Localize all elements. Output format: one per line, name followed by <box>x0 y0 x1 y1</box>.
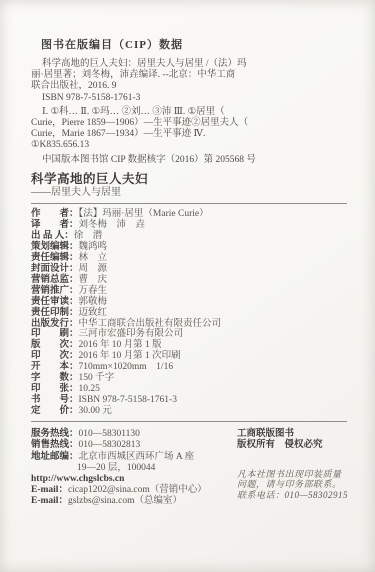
contact-label: 销售热线： <box>31 440 79 450</box>
info-row-word-count: 字 数：150 千字 <box>31 373 347 384</box>
info-row-price: 定 价：30.00 元 <box>31 406 347 417</box>
contact-value: 北京市西城区西环广场 A 座 <box>79 452 195 462</box>
info-label: 出 品 人： <box>31 231 74 241</box>
info-label: 字 数： <box>31 373 79 383</box>
info-value: 三河市宏盛印务有限公司 <box>79 329 184 339</box>
contact-section: 服务热线：010—58301130 销售热线：010—58302813 地址邮编… <box>31 429 347 507</box>
info-label: 书 号： <box>31 395 79 405</box>
contact-label: 服务热线： <box>31 429 79 439</box>
contact-value: 19—20 层，100044 <box>77 463 155 473</box>
info-label: 开 本： <box>31 362 79 372</box>
info-row-producer: 出 品 人：徐 潜 <box>31 231 347 242</box>
info-value: 曹 庆 <box>79 275 108 285</box>
info-label: 责任审读： <box>31 297 79 307</box>
info-row-format: 开 本：710mm×1020mm 1/16 <box>31 362 347 373</box>
contact-label: E-mail： <box>31 496 68 506</box>
cip-heading: 图书在版编目（CIP）数据 <box>41 36 347 52</box>
contact-value: gslzbs@sina.com（总编室） <box>68 496 182 506</box>
info-label: 作 者： <box>31 209 79 219</box>
cip-record-number: 中国版本图书馆 CIP 数据核字（2016）第 205568 号 <box>31 155 347 166</box>
contact-value: 010—58302813 <box>79 440 141 450</box>
classification-line: Ⅰ. ①科… Ⅱ. ①玛… ②刘… ③沛 Ⅲ. ①居里（ <box>31 107 347 118</box>
info-value: 【法】玛丽·居里（Marie Curie） <box>79 209 209 219</box>
info-row-marketing-promotion: 营销推广：万春生 <box>31 286 347 297</box>
info-row-author: 作 者：【法】玛丽·居里（Marie Curie） <box>31 209 347 220</box>
copyright-line: 版权所有 侵权必究 <box>237 440 348 451</box>
book-title: 科学高地的巨人夫妇 <box>31 172 347 186</box>
contact-value: cicap1202@sina.com（营销中心） <box>68 485 207 495</box>
info-row-publisher: 出版发行：中华工商联合出版社有限责任公司 <box>31 319 347 330</box>
info-value: 魏鸿鸣 <box>79 242 108 252</box>
contact-label: 地址邮编： <box>31 452 79 462</box>
info-value: 迈致红 <box>79 308 108 318</box>
note-line: 联系电话：010—58302915 <box>237 490 348 501</box>
cip-description-line: 联合出版社，2016. 9 <box>31 81 347 92</box>
info-value: 150 千字 <box>79 373 115 383</box>
divider-top <box>31 203 347 204</box>
info-label: 译 者： <box>31 220 79 230</box>
info-value: 710mm×1020mm 1/16 <box>79 362 174 372</box>
print-quality-note: 凡本社图书出现印装质量 问题，请与印务部联系。 联系电话：010—5830291… <box>237 469 348 501</box>
note-line: 问题，请与印务部联系。 <box>237 479 348 490</box>
info-row-isbn: 书 号：ISBN 978-7-5158-1761-3 <box>31 395 347 406</box>
info-value: 林 立 <box>79 253 108 263</box>
brand-line: 工商联版图书 <box>237 429 348 440</box>
book-subtitle: ——居里夫人与居里 <box>31 186 347 199</box>
info-row-review: 责任审读：郭敬梅 <box>31 297 347 308</box>
contact-label: E-mail： <box>31 485 68 495</box>
info-label: 版 次： <box>31 340 79 350</box>
info-value: 徐 潜 <box>74 231 103 241</box>
info-label: 印 张： <box>31 384 79 394</box>
info-row-printer: 印 刷：三河市宏盛印务有限公司 <box>31 329 347 340</box>
info-value: 2016 年 10 月第 1 版 <box>79 340 162 350</box>
info-label: 出版发行： <box>31 319 79 329</box>
info-label: 印 次： <box>31 351 79 361</box>
info-value: ISBN 978-7-5158-1761-3 <box>79 395 177 405</box>
info-row-planning-editor: 策划编辑：魏鸿鸣 <box>31 242 347 253</box>
info-label: 定 价： <box>31 406 79 416</box>
info-label: 责任印制： <box>31 308 79 318</box>
book-copyright-page: 图书在版编目（CIP）数据 科学高地的巨人夫妇：居里夫人与居里 /（法）玛 丽·… <box>0 0 375 572</box>
info-row-cover-design: 封面设计：周 源 <box>31 264 347 275</box>
info-row-marketing-director: 营销总监：曹 庆 <box>31 275 347 286</box>
info-label: 营销总监： <box>31 275 79 285</box>
classification-line: ①K835.656.13 <box>31 140 347 151</box>
cip-description: 科学高地的巨人夫妇：居里夫人与居里 /（法）玛 丽·居里著；刘冬梅，沛垚编译. … <box>31 59 347 92</box>
info-value: 刘冬梅 沛 垚 <box>79 220 146 230</box>
info-row-impression: 印 次：2016 年 10 月第 1 次印刷 <box>31 351 347 362</box>
info-row-print-supervisor: 责任印制：迈致红 <box>31 308 347 319</box>
info-label: 营销推广： <box>31 286 79 296</box>
info-value: 2016 年 10 月第 1 次印刷 <box>79 351 181 361</box>
isbn-line: ISBN 978-7-5158-1761-3 <box>31 93 347 104</box>
publication-info-table: 作 者：【法】玛丽·居里（Marie Curie） 译 者：刘冬梅 沛 垚 出 … <box>31 209 347 417</box>
info-label: 封面设计： <box>31 264 79 274</box>
classification-line: Curie，Marie 1867—1934）—生平事迹 Ⅳ. <box>31 129 347 140</box>
info-row-edition: 版 次：2016 年 10 月第 1 版 <box>31 340 347 351</box>
cip-classification: Ⅰ. ①科… Ⅱ. ①玛… ②刘… ③沛 Ⅲ. ①居里（ Curie，Pierr… <box>31 107 347 151</box>
info-label: 责任编辑： <box>31 253 79 263</box>
copyright-notice-block: 工商联版图书 版权所有 侵权必究 凡本社图书出现印装质量 问题，请与印务部联系。… <box>237 429 348 501</box>
info-row-translator: 译 者：刘冬梅 沛 垚 <box>31 220 347 231</box>
note-line: 凡本社图书出现印装质量 <box>237 469 348 480</box>
cip-description-line: 科学高地的巨人夫妇：居里夫人与居里 /（法）玛 <box>31 59 347 70</box>
info-label: 策划编辑： <box>31 242 79 252</box>
classification-line: Curie，Pierre 1859—1906）—生平事迹②居里夫人（ <box>31 118 347 129</box>
info-row-sheets: 印 张：10.25 <box>31 384 347 395</box>
info-value: 中华工商联合出版社有限责任公司 <box>79 319 222 329</box>
divider-bottom <box>31 421 347 422</box>
contact-value: 010—58301130 <box>79 429 140 439</box>
info-value: 周 源 <box>79 264 108 274</box>
info-value: 30.00 元 <box>79 406 112 416</box>
info-value: 10.25 <box>79 384 100 394</box>
info-row-responsible-editor: 责任编辑：林 立 <box>31 253 347 264</box>
info-value: 万春生 <box>79 286 108 296</box>
info-value: 郭敬梅 <box>79 297 108 307</box>
cip-description-line: 丽·居里著；刘冬梅，沛垚编译. --北京：中华工商 <box>31 70 347 81</box>
info-label: 印 刷： <box>31 329 79 339</box>
